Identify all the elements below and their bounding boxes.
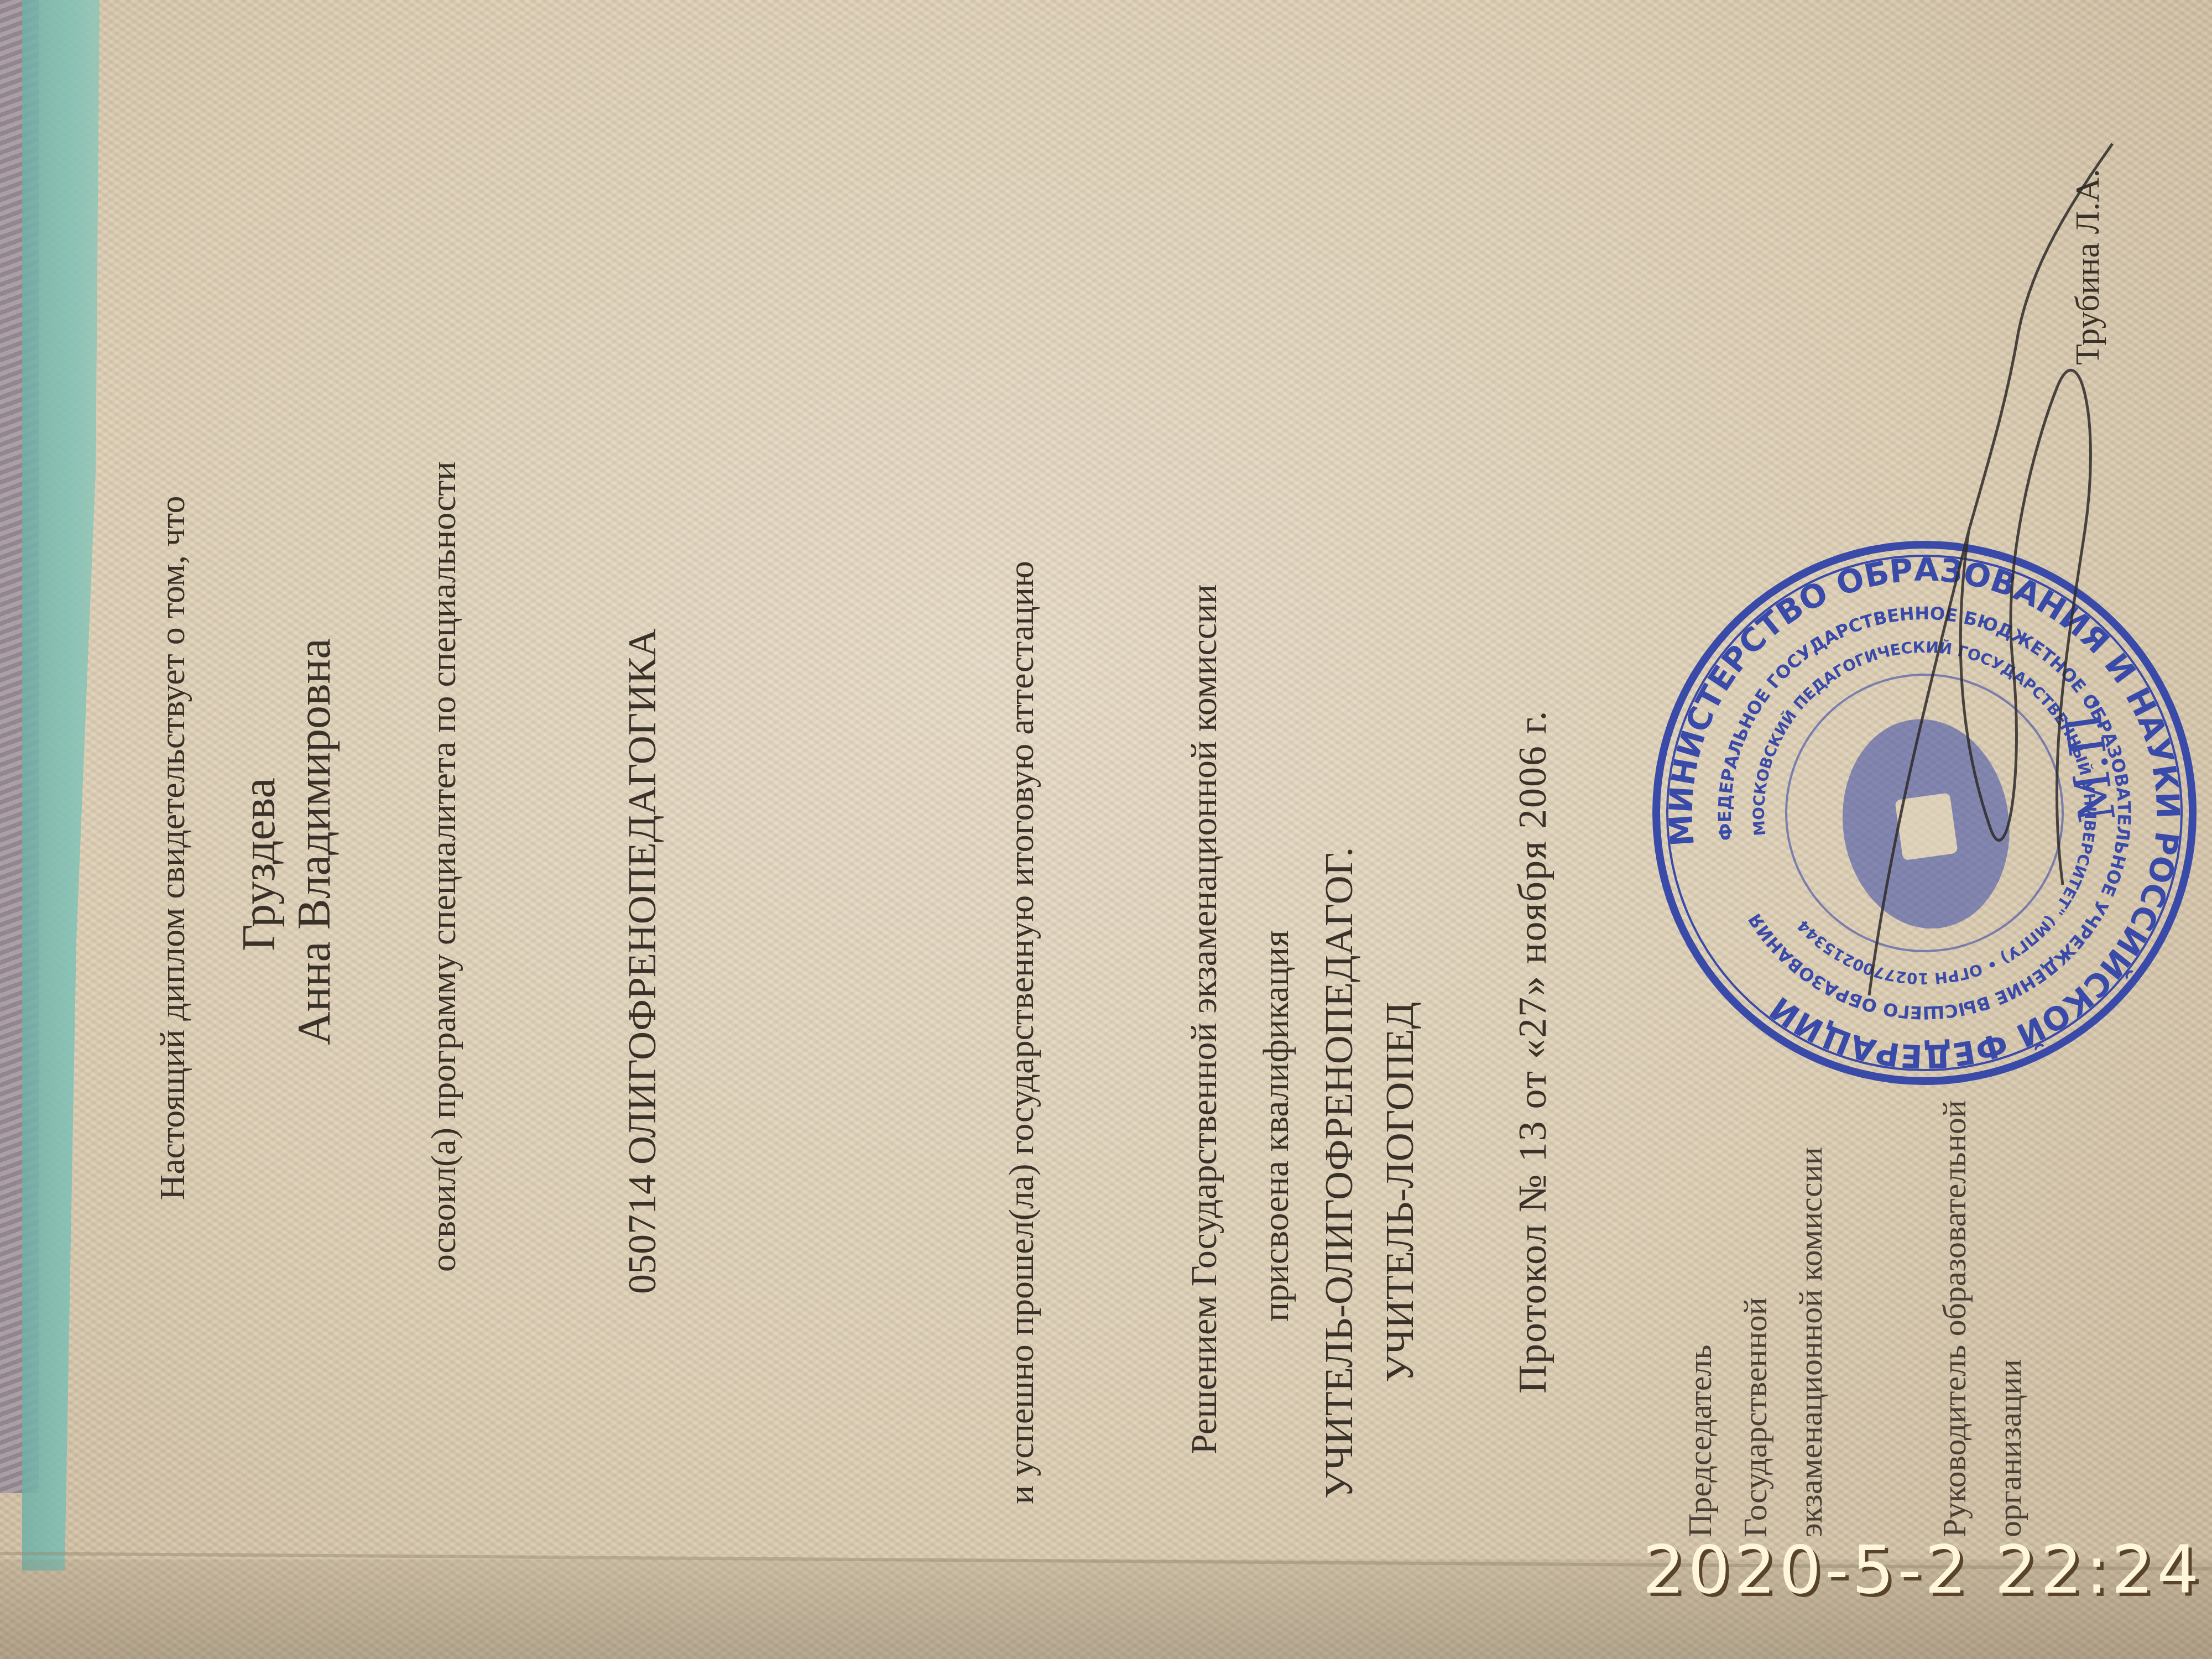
chair-label-line-2: Государственной (1736, 1297, 1775, 1537)
commission-decision-text: Решением Государственной экзаменационной… (1183, 584, 1225, 1454)
diploma-page: Настоящий диплом свидетельствует о том, … (0, 0, 2212, 1659)
head-label-line-1: Руководитель образовательной (1936, 1100, 1974, 1537)
photo-timestamp: 2020-5-2 22:24 (1642, 1532, 2203, 1609)
chair-label-line-3: экзаменационной комиссии (1792, 1147, 1830, 1537)
qualification-line-1: УЧИТЕЛЬ-ОЛИГОФРЕНОПЕДАГОГ. (1316, 847, 1362, 1499)
protocol-line: Протокол № 13 от «27» ноября 2006 г. (1510, 709, 1556, 1394)
head-label-line-2: организации (1991, 1359, 2029, 1537)
attestation-text: и успешно прошел(ла) государственную ито… (1001, 561, 1042, 1504)
intro-text: Настоящий диплом свидетельствует о том, … (152, 496, 193, 1200)
graduate-surname: Груздева (232, 778, 286, 951)
program-text: освоил(а) программу специалитета по спец… (423, 461, 464, 1272)
graduate-given-names: Анна Владимировна (288, 638, 341, 1045)
decorative-border-teal (22, 0, 100, 1571)
official-seal-stamp: МИНИСТЕРСТВО ОБРАЗОВАНИЯ И НАУКИ РОССИЙС… (1612, 500, 2212, 1125)
chair-label-line-1: Председатель (1681, 1344, 1719, 1537)
qualification-line-2: УЧИТЕЛЬ-ЛОГОПЕД (1377, 1001, 1423, 1383)
qualification-assigned-text: присвоена квалификация (1255, 930, 1297, 1322)
signer-name: Трубина Л.А. (2068, 169, 2107, 365)
seal-icon: МИНИСТЕРСТВО ОБРАЗОВАНИЯ И НАУКИ РОССИЙС… (1612, 500, 2212, 1125)
specialty: 050714 ОЛИГОФРЕНОПЕДАГОГИКА (619, 629, 665, 1294)
